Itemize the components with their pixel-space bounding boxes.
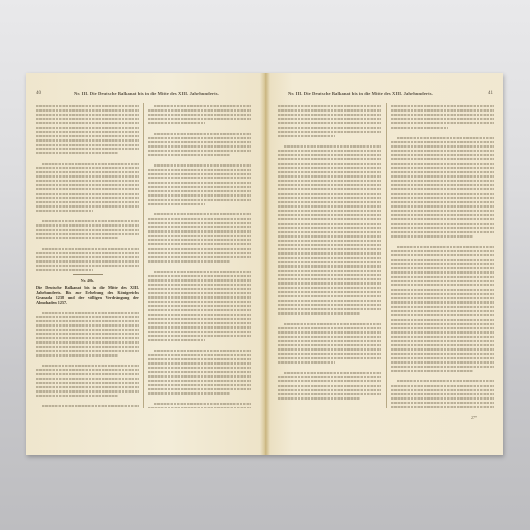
text-block [36, 312, 139, 408]
signature-mark: 27* [471, 415, 477, 420]
text-block [278, 105, 381, 399]
book-spread: 40 Nr. III. Die Deutsche Balkanat bis in… [26, 73, 503, 455]
left-running-title: Nr. III. Die Deutsche Balkanat bis in di… [74, 91, 219, 96]
left-page-number: 40 [36, 91, 41, 96]
book-gutter [260, 73, 270, 455]
right-page-column-1 [278, 103, 381, 408]
right-running-title: Nr. III. Die Deutsche Balkanat bis in di… [288, 91, 433, 96]
right-page: Nr. III. Die Deutsche Balkanat bis in di… [264, 73, 503, 455]
left-page: 40 Nr. III. Die Deutsche Balkanat bis in… [26, 73, 264, 455]
text-block [391, 105, 494, 408]
left-page-column-2 [148, 103, 251, 408]
section-title: Die Deutsche Balkanat bis in die Mitte d… [36, 285, 139, 305]
column-rule [143, 103, 144, 408]
text-block [148, 105, 251, 408]
section-number: Nr. 40b. [36, 279, 139, 283]
column-rule [386, 103, 387, 408]
left-page-column-1: Nr. 40b. Die Deutsche Balkanat bis in di… [36, 103, 139, 408]
section-divider [73, 274, 103, 275]
section-header: Nr. 40b. [36, 279, 139, 283]
right-page-number: 41 [488, 91, 493, 96]
right-page-column-2 [391, 103, 494, 408]
text-block [36, 105, 139, 271]
